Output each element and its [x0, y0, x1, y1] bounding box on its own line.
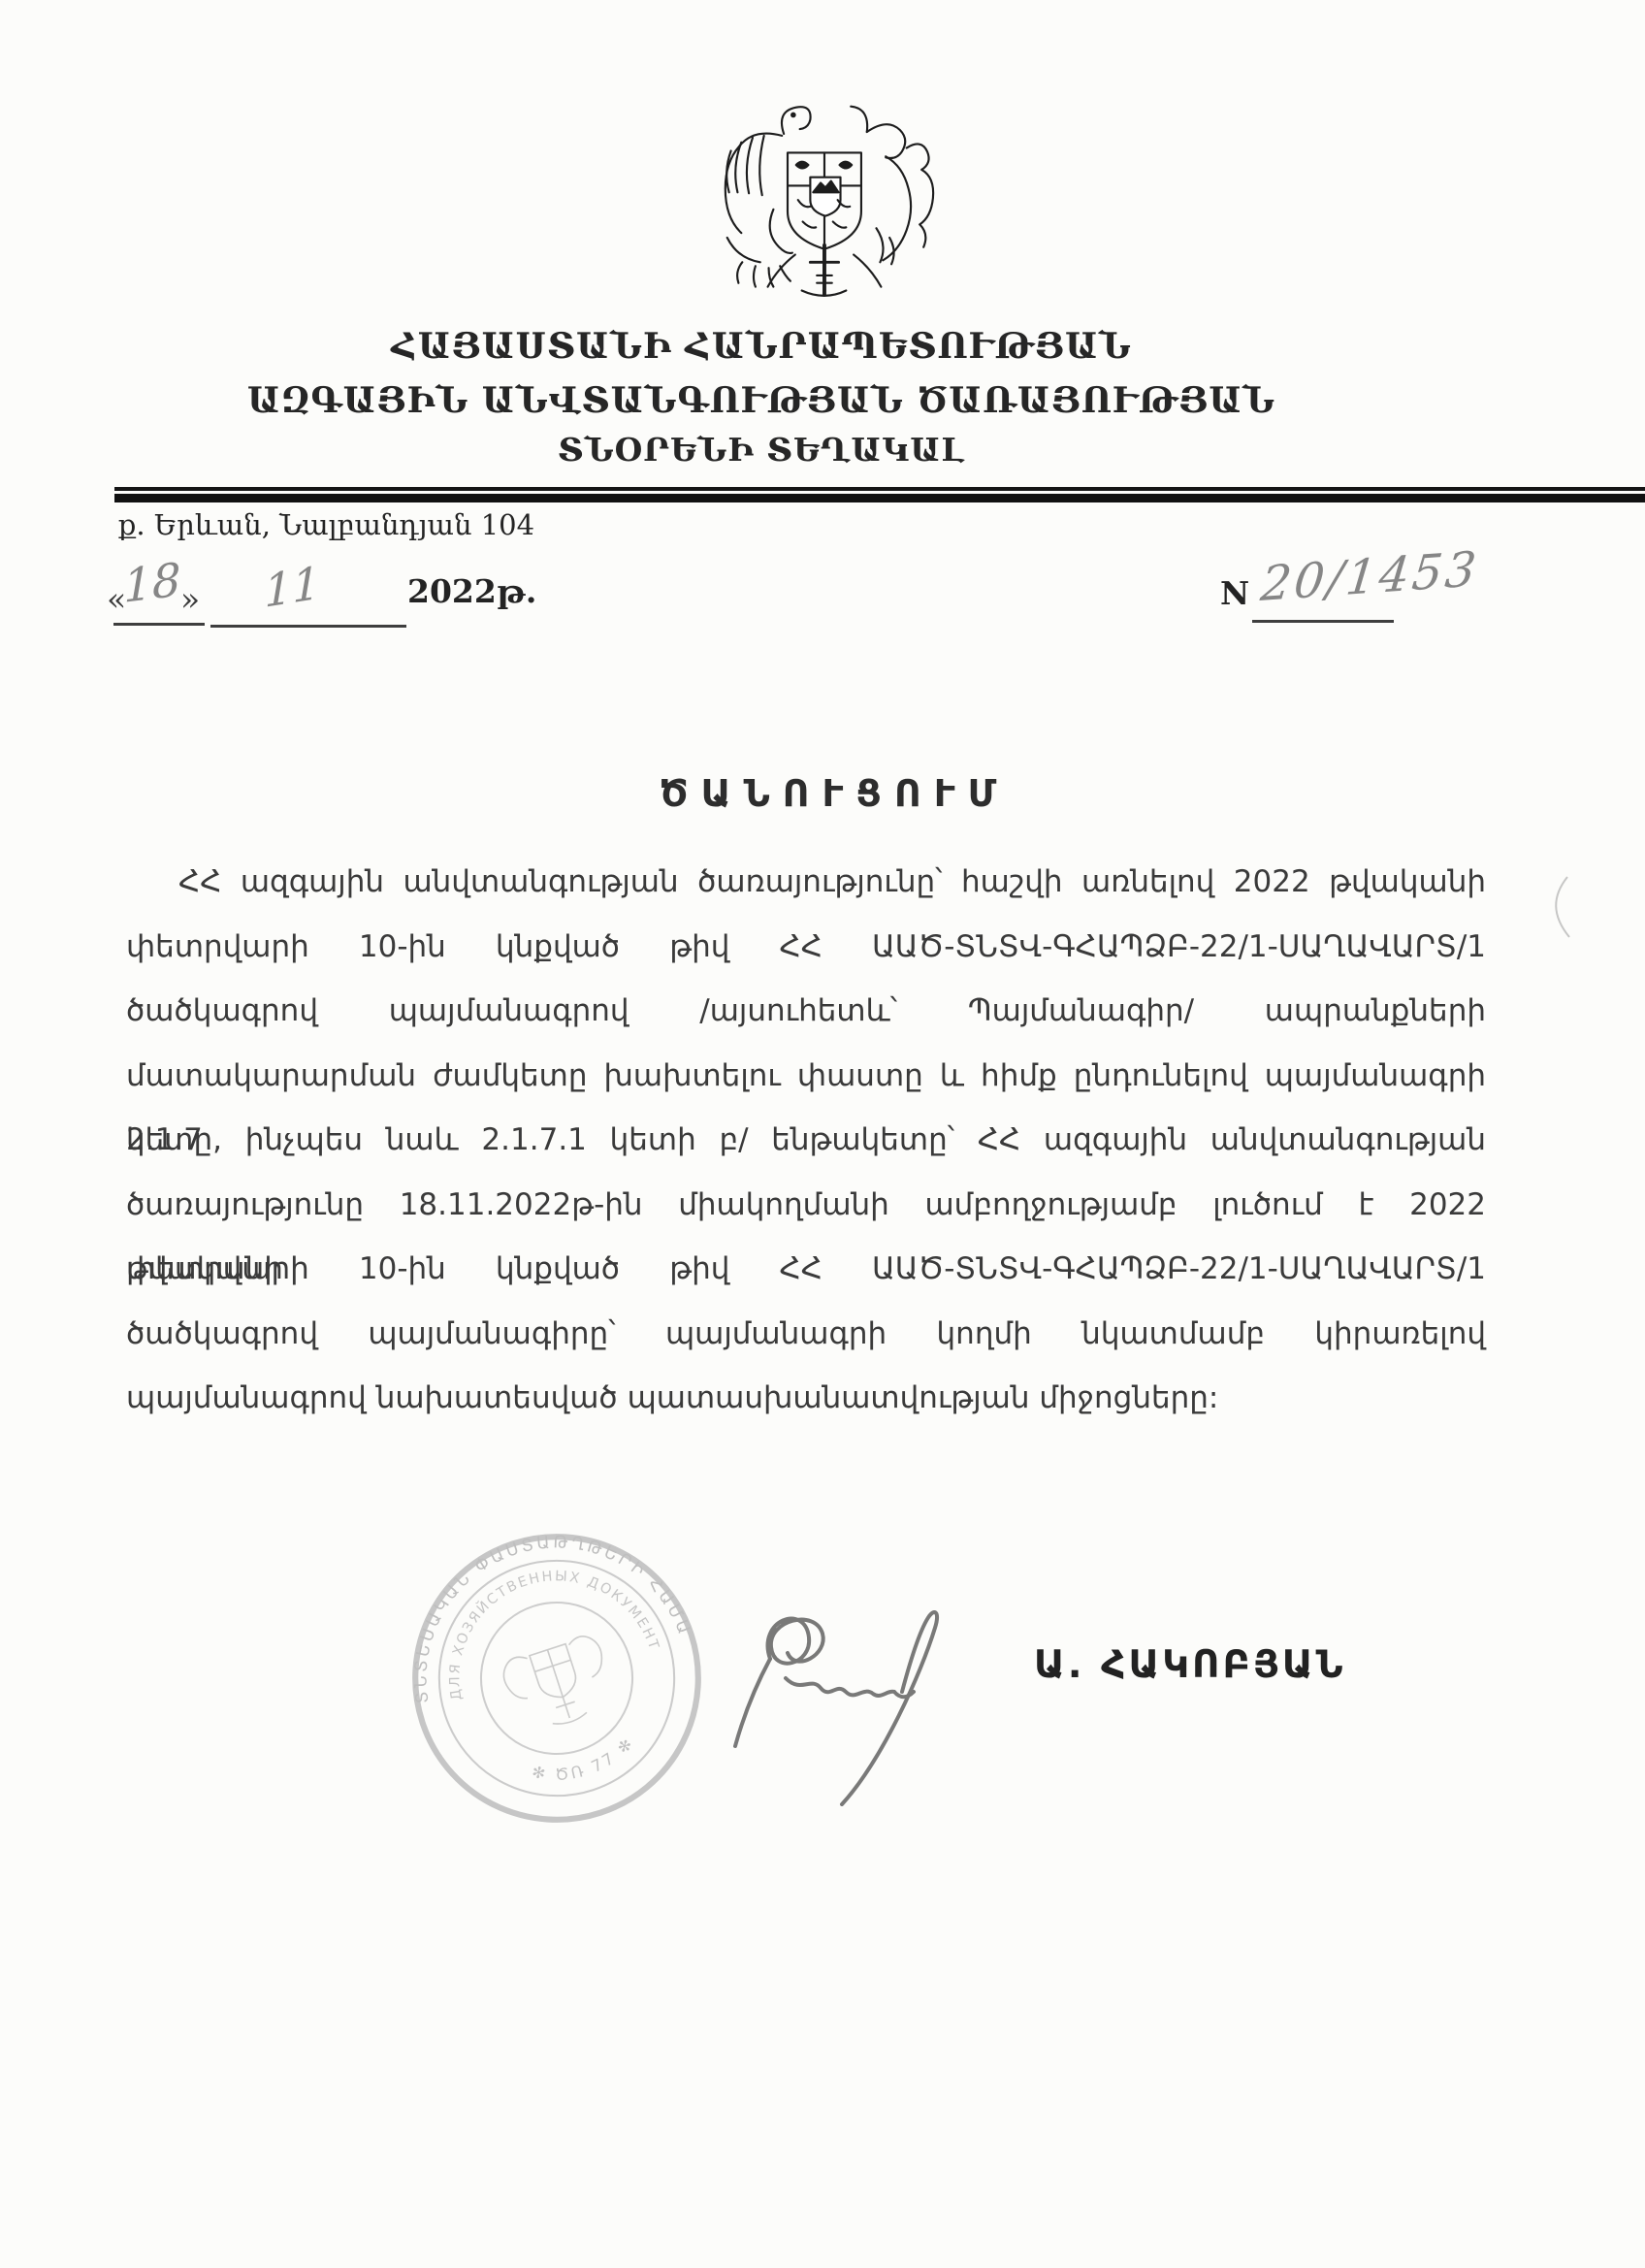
signer-name: Ա. ՀԱԿՈԲՅԱՆ	[1034, 1643, 1345, 1687]
scan-artifact-arc	[1544, 873, 1577, 941]
body-line: մատակարարման ժամկետը խախտելու փաստը և հի…	[126, 1044, 1486, 1109]
body-line: ծառայությունը 18.11.2022թ-ին միակողմանի …	[126, 1173, 1486, 1238]
body-line: պայմանագրով նախատեսված պատասխանատվության…	[126, 1366, 1486, 1431]
signature-scrawl	[727, 1583, 1003, 1816]
date-close-quote: »	[180, 580, 200, 618]
body-line: կետը, ինչպես նաև 2.1.7.1 կետի բ/ ենթակետ…	[126, 1108, 1486, 1173]
stamp-emblem	[499, 1632, 619, 1737]
date-month-underline	[210, 625, 406, 628]
armenia-coat-of-arms-icon	[682, 93, 965, 312]
header-service: ԱԶԳԱՅԻՆ ԱՆՎՏԱՆԳՈՒԹՅԱՆ ԾԱՌԱՅՈՒԹՅԱՆ	[0, 380, 1523, 421]
number-label: N	[1220, 574, 1249, 612]
address-line: ք. Երևան, Նալբանդյան 104	[118, 508, 534, 541]
stamp-bottom-code-text: ✻ ԾՌ 77 ✻	[526, 1731, 643, 1797]
date-day-handwritten: 18	[123, 553, 181, 614]
number-underline	[1252, 620, 1394, 623]
svg-text:✻ ԾՌ 77 ✻: ✻ ԾՌ 77 ✻	[526, 1731, 643, 1797]
header-divider	[114, 487, 1645, 503]
official-stamp: ՏՆՏԵՍԱԿԱՆ ՓԱՍՏԱԹՂԹԵՐԻ ՀԱՄԱՐ ДЛЯ ХОЗЯЙСТВ…	[407, 1527, 706, 1830]
body-line: ծածկագրով պայմանագրով /այսուհետև՝ Պայման…	[126, 979, 1486, 1044]
number-handwritten: 20/1453	[1258, 541, 1481, 612]
body-line: ՀՀ ազգային անվտանգության ծառայությունը՝ …	[126, 850, 1486, 915]
body-line: փետրվարի 10-ին կնքված թիվ ՀՀ ԱԱԾ-ՏՆՏՎ-ԳՀ…	[126, 915, 1486, 980]
document-page: ՀԱՅԱՍՏԱՆԻ ՀԱՆՐԱՊԵՏՈՒԹՅԱՆ ԱԶԳԱՅԻՆ ԱՆՎՏԱՆԳ…	[0, 0, 1645, 2268]
date-year: 2022թ.	[407, 572, 536, 610]
notice-body: ՀՀ ազգային անվտանգության ծառայությունը՝ …	[126, 850, 1486, 1431]
header-role: ՏՆՕՐԵՆԻ ՏԵՂԱԿԱԼ	[0, 431, 1523, 469]
date-day-underline	[113, 623, 205, 626]
notice-title: ԾԱՆՈՒՑՈՒՄ	[0, 772, 1645, 815]
body-line: փետրվարի 10-ին կնքված թիվ ՀՀ ԱԱԾ-ՏՆՏՎ-ԳՀ…	[126, 1237, 1486, 1302]
header-country: ՀԱՅԱՍՏԱՆԻ ՀԱՆՐԱՊԵՏՈՒԹՅԱՆ	[0, 326, 1523, 367]
date-month-handwritten: 11	[264, 556, 321, 618]
body-line: ծածկագրով պայմանագիրը՝ պայմանագրի կողմի …	[126, 1302, 1486, 1367]
